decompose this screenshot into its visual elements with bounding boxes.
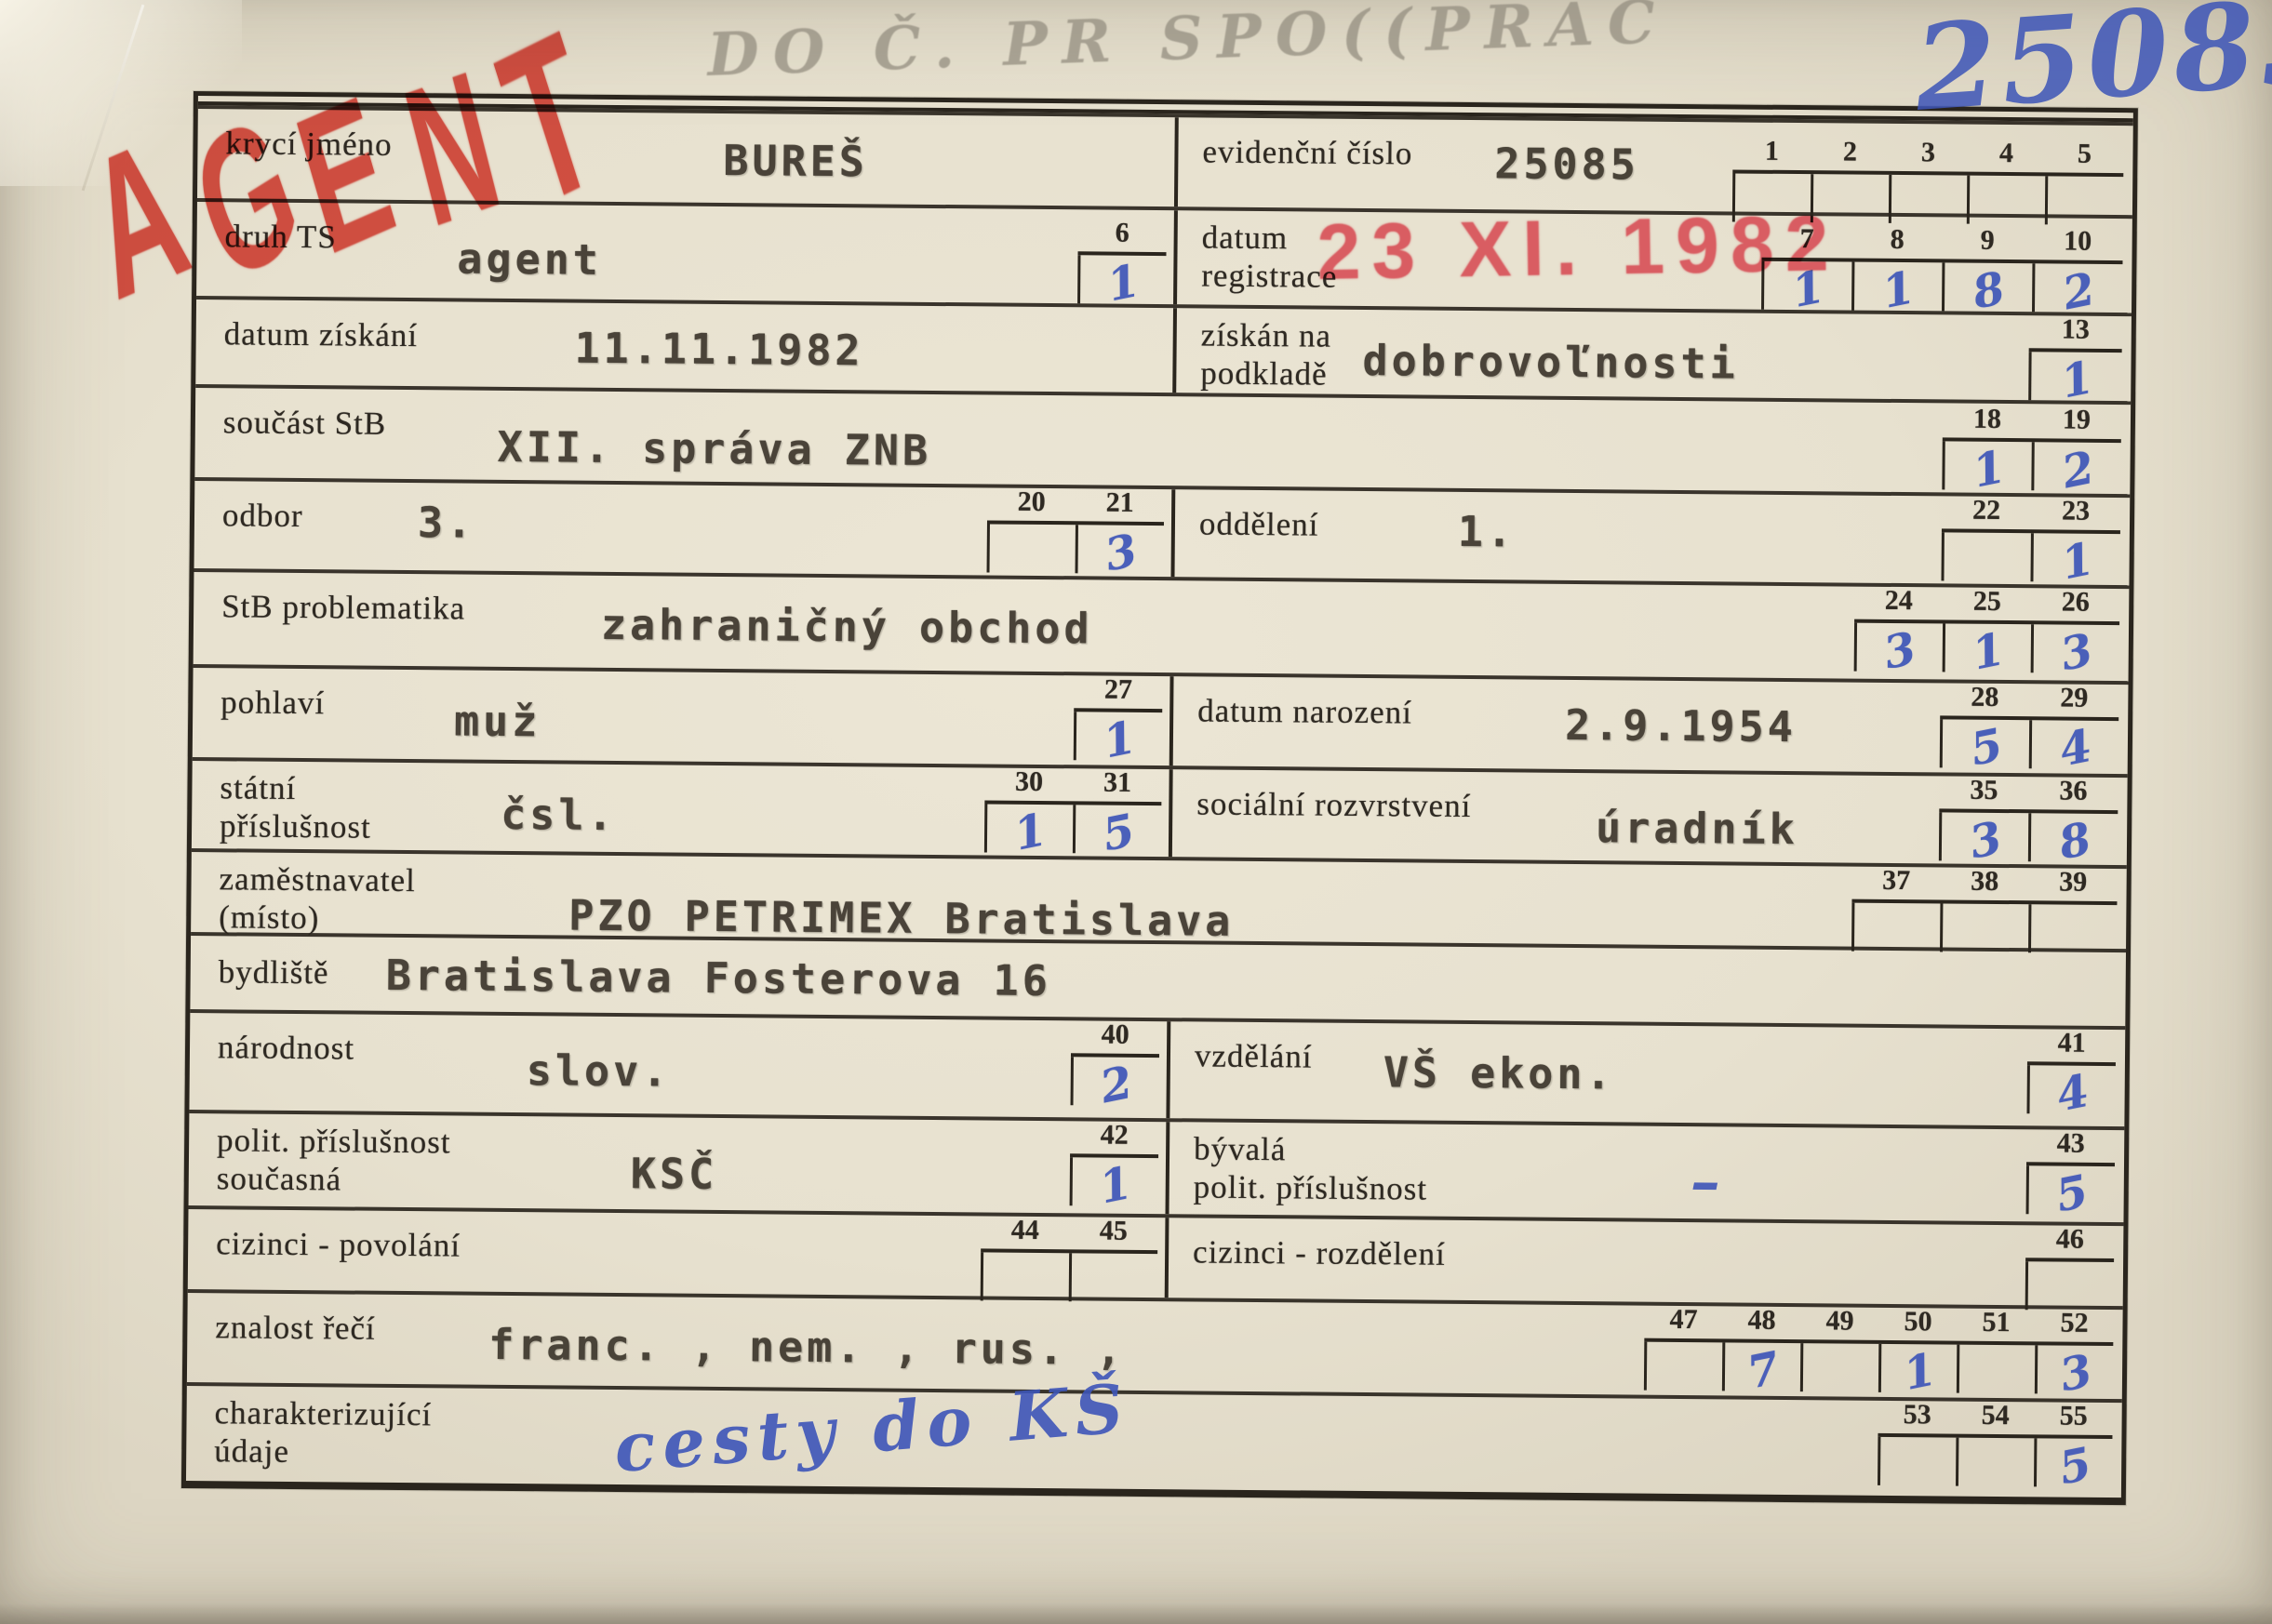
code-box-group: 5354555 <box>1878 1399 2113 1487</box>
handwritten-code-digit: 3 <box>2056 624 2096 676</box>
box-cell: 1 <box>1070 1157 1158 1206</box>
box-column-number: 9 <box>1942 224 2032 260</box>
box-column-number: 3 <box>1889 137 1967 172</box>
code-box-group: 271 <box>1074 673 1163 761</box>
box-column-number: 13 <box>2029 313 2122 349</box>
scan-bottom-shadow <box>0 1604 2272 1624</box>
box-column-number: 5 <box>2045 138 2123 173</box>
box-column-number: 20 <box>987 486 1076 521</box>
box-column-number: 49 <box>1800 1305 1878 1340</box>
cell-stb-unit: součást StB XII. správa ZNB 181912 <box>194 388 2131 494</box>
box-cell <box>2025 1261 2114 1311</box>
stamp-letter: N <box>391 47 495 257</box>
box-column-number: 54 <box>1956 1400 2034 1435</box>
field-label: oddělení <box>1199 504 1319 543</box>
registration-date-red-stamp: 23 XI. 1982 <box>1316 198 1840 298</box>
field-label: odbor <box>222 496 303 535</box>
box-cell: 8 <box>2028 813 2118 862</box>
typed-value-nationality: slov. <box>527 1045 672 1096</box>
box-cell: 3 <box>1854 623 1943 672</box>
code-box-group: 242526313 <box>1854 585 2120 673</box>
typed-value-residence: Bratislava Fosterova 16 <box>385 951 1051 1005</box>
handwritten-code-digit: 1 <box>1100 712 1140 764</box>
box-cell: 2 <box>1071 1057 1159 1106</box>
box-column-number: 40 <box>1071 1018 1159 1054</box>
box-column-number: 47 <box>1644 1304 1722 1339</box>
box-cell <box>987 524 1076 573</box>
box-cell <box>1800 1343 1878 1392</box>
field-label: pohlaví <box>221 683 325 722</box>
box-cell: 8 <box>1942 262 2032 312</box>
form-row-party-membership: polit. příslušnost současná KSČ 421 býva… <box>189 1110 2125 1222</box>
handwritten-code-digit: 1 <box>1968 623 2008 675</box>
box-column-number: 42 <box>1070 1119 1158 1154</box>
blue-ink-file-number: 25085 <box>1910 0 2272 138</box>
box-cell: 4 <box>2029 720 2118 769</box>
cell-education: vzdělání VŠ ekon. 414 <box>1166 1021 2125 1126</box>
form-row-sex: pohlaví muž 271 datum narození 2.9.1954 … <box>193 664 2129 774</box>
box-cell <box>1941 532 2030 581</box>
box-column-number: 35 <box>1939 774 2028 809</box>
box-column-number: 30 <box>984 765 1073 801</box>
form-row-stb-issue: StB problematika zahraničný obchod 24252… <box>194 568 2130 681</box>
box-column-number: 1 <box>1732 135 1811 170</box>
box-cell: 1 <box>1878 1344 1957 1393</box>
box-cell: 1 <box>1942 441 2031 490</box>
field-label: StB problematika <box>221 587 465 627</box>
handwritten-dash: – <box>1691 1147 1721 1217</box>
handwritten-code-digit: 8 <box>1969 262 2009 314</box>
box-column-number: 6 <box>1078 217 1167 252</box>
code-box-group: 402 <box>1071 1018 1160 1106</box>
box-column-number: 39 <box>2028 866 2117 901</box>
box-cell <box>1069 1253 1157 1302</box>
box-cell <box>1967 176 2045 225</box>
code-box-group: 282954 <box>1940 681 2119 769</box>
code-box-group: 4445 <box>981 1214 1158 1302</box>
box-column-number: 38 <box>1940 865 2028 900</box>
typed-value-recruitment-basis: dobrovoľnosti <box>1362 336 1739 389</box>
code-box-group: 474849505152713 <box>1644 1304 2114 1394</box>
typed-value-stb-unit: XII. správa ZNB <box>497 422 931 475</box>
cell-recruitment-basis: získán na podkladě dobrovoľnosti 131 <box>1172 308 2132 401</box>
handwritten-code-digit: 4 <box>2052 1065 2092 1117</box>
field-label: součást StB <box>223 403 387 443</box>
registration-card-scan: DO Č. PR SPO((PRAC 25085 A G E N T krycí… <box>0 0 2272 1624</box>
handwritten-code-digit: 3 <box>1965 812 2005 864</box>
box-column-number: 2 <box>1811 136 1889 171</box>
field-label: získán na podkladě <box>1200 315 1331 393</box>
handwritten-code-digit: 3 <box>2055 1345 2095 1397</box>
field-label: vzdělání <box>1195 1036 1313 1075</box>
box-cell: 1 <box>1074 712 1162 761</box>
form-row-characterizing-data: charakterizující údaje cesty do KŠ 53545… <box>186 1382 2122 1490</box>
form-row-recruitment-date: datum získání 11.11.1982 získán na podkl… <box>195 296 2132 401</box>
cell-current-party: polit. příslušnost současná KSČ 421 <box>189 1113 1167 1214</box>
box-column-number: 24 <box>1854 585 1943 620</box>
typed-value-citizenship: čsl. <box>501 790 617 840</box>
handwritten-code-digit: 2 <box>1096 1057 1136 1109</box>
box-cell: 5 <box>2026 1165 2115 1215</box>
code-box-group: 22231 <box>1941 494 2120 582</box>
cell-social-class: sociální rozvrstvení úradník 353638 <box>1169 769 2128 865</box>
typed-value-sex: muž <box>454 696 541 746</box>
box-cell <box>1957 1345 2035 1394</box>
box-cell: 1 <box>1851 262 1942 312</box>
box-column-number: 44 <box>981 1214 1069 1249</box>
handwritten-code-digit: 7 <box>1743 1342 1783 1394</box>
box-column-number: 31 <box>1073 766 1161 802</box>
typed-value-social-class: úradník <box>1596 803 1798 854</box>
code-box-group: 435 <box>2026 1127 2116 1215</box>
box-cell: 1 <box>1943 623 2031 672</box>
registration-form-table: krycí jméno BUREŠ evidenční číslo 25085 … <box>181 91 2138 1505</box>
handwritten-code-digit: 3 <box>1879 622 1919 674</box>
handwritten-code-digit: 3 <box>1101 525 1141 577</box>
field-label: datum narození <box>1197 691 1412 731</box>
field-label: cizinci - povolání <box>216 1224 461 1264</box>
handwritten-code-digit: 5 <box>2051 1165 2092 1218</box>
code-box-group: 20213 <box>987 486 1165 574</box>
box-column-number: 21 <box>1076 486 1164 522</box>
form-row-stb-unit: součást StB XII. správa ZNB 181912 <box>194 384 2131 494</box>
box-column-number: 18 <box>1943 403 2032 438</box>
box-cell: 1 <box>2030 533 2119 582</box>
box-column-number: 19 <box>2032 404 2121 439</box>
code-box-group: 61 <box>1077 217 1167 304</box>
typed-value-birth-date: 2.9.1954 <box>1565 700 1797 752</box>
field-label: polit. příslušnost současná <box>217 1121 451 1199</box>
field-label: státní příslušnost <box>220 768 371 845</box>
box-column-number: 29 <box>2029 682 2118 717</box>
box-cell: 1 <box>1077 255 1166 304</box>
box-column-number: 55 <box>2034 1400 2112 1435</box>
field-label: bývalá polit. příslušnost <box>1194 1129 1428 1207</box>
form-row-languages: znalost řečí franc. , nem. , rus. , 4748… <box>187 1289 2123 1399</box>
cell-languages: znalost řečí franc. , nem. , rus. , 4748… <box>187 1293 2123 1399</box>
box-column-number: 37 <box>1851 865 1940 900</box>
handwritten-code-digit: 2 <box>2059 263 2099 315</box>
cell-former-party: bývalá polit. příslušnost – 435 <box>1166 1122 2125 1222</box>
cell-department: odbor 3. 20213 <box>194 481 1172 577</box>
field-label: zaměstnavatel (místo) <box>219 859 416 938</box>
field-label: znalost řečí <box>215 1308 376 1348</box>
cell-nationality: národnost slov. 402 <box>189 1013 1167 1118</box>
typed-value-languages: franc. , nem. , rus. , <box>488 1320 1125 1375</box>
typed-value-registry-number: 25085 <box>1494 139 1639 189</box>
handwritten-code-digit: 1 <box>1878 261 1918 313</box>
box-cell <box>1940 903 2028 952</box>
handwritten-code-digit: 1 <box>2057 533 2097 585</box>
box-column-number: 4 <box>1967 138 2045 173</box>
box-cell <box>1878 1437 1956 1486</box>
cell-birth-date: datum narození 2.9.1954 282954 <box>1169 676 2129 774</box>
cell-foreigners-category: cizinci - rozdělení 46 <box>1165 1218 2124 1306</box>
box-column-number: 46 <box>2025 1223 2114 1258</box>
code-box-group: 353638 <box>1939 774 2118 862</box>
box-cell: 2 <box>2031 442 2120 491</box>
field-label: datum získání <box>224 314 419 354</box>
box-column-number: 22 <box>1942 494 2031 529</box>
typed-value-education: VŠ ekon. <box>1383 1047 1615 1098</box>
cell-citizenship: státní příslušnost čsl. 303115 <box>192 761 1169 857</box>
box-column-number: 23 <box>2031 495 2120 530</box>
box-cell <box>2028 904 2117 953</box>
code-box-group: 373839 <box>1851 865 2118 953</box>
box-cell: 5 <box>1940 719 2029 768</box>
handwritten-code-digit: 4 <box>2055 720 2095 772</box>
cell-characterizing-data: charakterizující údaje cesty do KŠ 53545… <box>186 1386 2122 1490</box>
form-row-citizenship: státní příslušnost čsl. 303115 sociální … <box>192 757 2128 865</box>
handwritten-code-digit: 2 <box>2058 442 2098 494</box>
box-cell: 3 <box>2031 624 2119 673</box>
box-column-number: 8 <box>1852 224 1943 260</box>
box-column-number: 43 <box>2026 1127 2115 1163</box>
handwritten-code-digit: 5 <box>2054 1438 2094 1490</box>
code-box-group: 46 <box>2025 1223 2115 1311</box>
field-label: národnost <box>218 1028 354 1067</box>
box-column-number: 52 <box>2035 1307 2113 1342</box>
handwritten-code-digit: 1 <box>1095 1157 1135 1209</box>
box-column-number: 41 <box>2027 1027 2116 1062</box>
box-column-number: 27 <box>1074 673 1162 709</box>
box-column-number: 51 <box>1957 1307 2035 1342</box>
code-box-group: 131 <box>2028 313 2122 401</box>
box-cell: 5 <box>1073 805 1161 854</box>
cell-stb-issue: StB problematika zahraničný obchod 24252… <box>194 572 2130 681</box>
box-cell: 2 <box>2032 263 2122 313</box>
form-row-department: odbor 3. 20213 oddělení 1. 22231 <box>194 477 2131 585</box>
handwritten-code-digit: 1 <box>1899 1343 1939 1395</box>
field-label: charakterizující údaje <box>214 1393 432 1471</box>
field-label: sociální rozvrstvení <box>1196 784 1471 825</box>
code-box-group: 421 <box>1070 1119 1159 1206</box>
field-label: cizinci - rozdělení <box>1193 1232 1446 1272</box>
typed-value-stb-issue: zahraničný obchod <box>601 600 1093 654</box>
handwritten-code-digit: 1 <box>1103 255 1143 307</box>
box-cell: 1 <box>984 804 1073 853</box>
box-cell: 4 <box>2026 1065 2115 1114</box>
pencil-annotation: DO Č. PR SPO((PRAC <box>706 0 1670 90</box>
box-column-number: 50 <box>1878 1306 1957 1341</box>
box-column-number: 48 <box>1722 1304 1800 1339</box>
box-cell <box>1644 1342 1722 1391</box>
typed-value-cover-name: BUREŠ <box>723 136 868 186</box>
cell-section: oddělení 1. 22231 <box>1170 489 2130 585</box>
box-cell: 3 <box>2035 1345 2113 1394</box>
handwritten-code-digit: 8 <box>2054 813 2094 865</box>
box-cell <box>2045 176 2123 225</box>
box-cell: 5 <box>2034 1438 2112 1487</box>
field-label: evidenční číslo <box>1202 132 1412 172</box>
code-box-group: 414 <box>2026 1027 2116 1114</box>
box-cell <box>1889 175 1967 224</box>
cell-registration-date: datum registrace 23 XI. 1982 789101182 <box>1173 210 2132 313</box>
typed-value-recruitment-date: 11.11.1982 <box>574 324 863 376</box>
box-column-number: 28 <box>1940 681 2029 716</box>
box-cell: 3 <box>1076 525 1164 574</box>
box-column-number: 26 <box>2031 586 2119 621</box>
typed-value-current-party: KSČ <box>631 1149 718 1199</box>
code-box-group: 303115 <box>984 765 1162 854</box>
box-cell <box>1851 903 1940 952</box>
typed-value-section: 1. <box>1458 507 1517 557</box>
box-cell <box>981 1252 1069 1301</box>
cell-recruitment-date: datum získání 11.11.1982 <box>195 300 1173 393</box>
stamp-letter: A <box>70 115 185 330</box>
form-row-nationality: národnost slov. 402 vzdělání VŠ ekon. 41… <box>189 1009 2125 1126</box>
box-column-number: 36 <box>2028 775 2118 810</box>
field-label: bydliště <box>219 952 329 992</box>
box-cell <box>1956 1438 2034 1487</box>
box-column-number: 45 <box>1069 1215 1157 1250</box>
typed-value-department: 3. <box>418 498 476 548</box>
box-column-number: 25 <box>1943 585 2031 620</box>
handwritten-code-digit: 5 <box>1966 719 2006 771</box>
box-column-number: 10 <box>2032 225 2122 260</box>
cell-sex: pohlaví muž 271 <box>193 668 1170 765</box>
box-cell: 3 <box>1939 812 2028 861</box>
box-cell: 1 <box>2028 352 2121 401</box>
box-cell: 7 <box>1722 1342 1800 1391</box>
code-box-group: 181912 <box>1942 403 2121 491</box>
handwritten-code-digit: 5 <box>1099 805 1139 857</box>
cell-foreigners-occupation: cizinci - povolání 4445 <box>188 1209 1166 1298</box>
box-column-number: 53 <box>1878 1399 1956 1434</box>
handwritten-code-digit: 1 <box>1969 441 2009 493</box>
handwritten-code-digit: 1 <box>1010 804 1050 856</box>
handwritten-code-digit: 1 <box>2057 352 2097 404</box>
